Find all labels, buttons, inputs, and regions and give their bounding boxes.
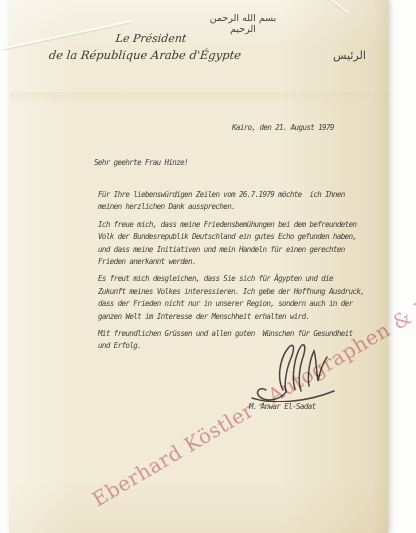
body-line: ganzen Welt im Interesse der Menschheit … (98, 311, 383, 323)
body-line: und dass meine Initiativen und mein Hand… (98, 244, 383, 256)
body-line: Ich freue mich, dass meine Friedensbemüh… (98, 219, 383, 231)
body-paragraph: Für Ihre liebenswürdigen Zeilen vom 26.7… (98, 189, 383, 214)
body-line: Frieden anerkannt werden. (98, 256, 383, 268)
letter-body: Für Ihre liebenswürdigen Zeilen vom 26.7… (98, 189, 383, 358)
body-paragraph: Es freut mich desgleichen, dass Sie sich… (98, 273, 383, 323)
body-line: Mit freundlichen Grüssen und allen guten… (98, 328, 383, 340)
body-line: meinen herzlichen Dank aussprechen. (98, 201, 383, 213)
scan-background: { "letterhead": { "bismillah_arabic": "ب… (0, 0, 416, 533)
salutation: Sehr geehrte Frau Hinze! (94, 158, 188, 167)
bismillah-calligraphy: بسم الله الرحمن الرحيم (205, 13, 281, 35)
letterhead-title-line2: de la République Arabe d'Égypte (44, 48, 245, 62)
dateline: Kairo, den 21. August 1979 (232, 123, 334, 132)
paper-crease (9, 92, 388, 106)
letterhead-president-arabic: الرئيس (333, 49, 366, 62)
body-line: Zukunft meines Volkes interessieren. Ich… (98, 286, 383, 298)
body-line: Volk der Bundesrepublik Deutschland ein … (98, 231, 383, 243)
body-line: Es freut mich desgleichen, dass Sie sich… (98, 273, 383, 285)
paper-crease (306, 0, 350, 14)
body-line: dass der Frieden nicht nur in unserer Re… (98, 298, 383, 310)
body-paragraph: Ich freue mich, dass meine Friedensbemüh… (98, 219, 383, 269)
letterhead-title-line1: Le Président (90, 32, 211, 45)
body-line: Für Ihre liebenswürdigen Zeilen vom 26.7… (98, 189, 383, 201)
letter-paper: بسم الله الرحمن الرحيم Le Président de l… (9, 0, 388, 533)
